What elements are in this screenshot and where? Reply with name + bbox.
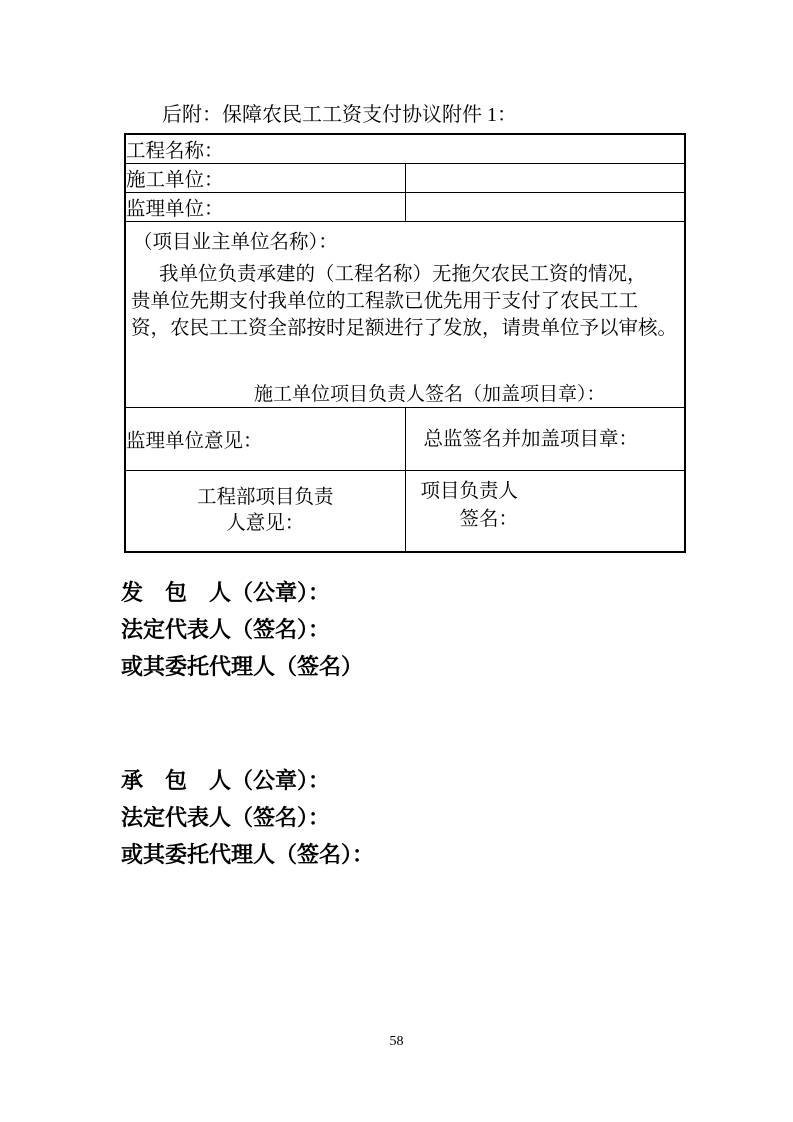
- table-row-builder: 施工单位：: [125, 164, 685, 193]
- wage-payment-confirmation-table: 工程名称： 施工单位： 监理单位： （项目业主单位名称）： 我单位负责承建的（工…: [124, 133, 686, 553]
- project-manager-sign-cell: 项目负责人签名：: [405, 471, 685, 552]
- builder-label-cell: 施工单位：: [125, 164, 405, 193]
- contractor-seal-line: 承 包 人（公章）：: [121, 762, 374, 799]
- document-page: 后附：保障农民工工资支付协议附件 1： 工程名称： 施工单位： 监理单位： （项…: [0, 0, 793, 1122]
- statement-cell: （项目业主单位名称）： 我单位负责承建的（工程名称）无拖欠农民工资的情况， 贵单…: [125, 222, 685, 408]
- employer-agent-line: 或其委托代理人（签名）: [121, 648, 363, 685]
- supervisor-opinion-label-cell: 监理单位意见：: [125, 408, 405, 471]
- employer-signature-block: 发 包 人（公章）： 法定代表人（签名）： 或其委托代理人（签名）: [121, 574, 363, 685]
- table-row-engineering-dept-opinion: 工程部项目负责 人意见： 项目负责人签名：: [125, 471, 685, 552]
- attachment-note: 后附：保障农民工工资支付协议附件 1：: [162, 103, 517, 127]
- owner-unit-label: （项目业主单位名称）：: [133, 226, 338, 254]
- table-row-supervisor: 监理单位：: [125, 193, 685, 222]
- table-row-supervisor-opinion: 监理单位意见： 总监签名并加盖项目章：: [125, 408, 685, 471]
- supervisor-value-cell: [405, 193, 685, 222]
- table-row-project-name: 工程名称：: [125, 134, 685, 164]
- contractor-agent-line: 或其委托代理人（签名）：: [121, 836, 374, 873]
- employer-seal-line: 发 包 人（公章）：: [121, 574, 363, 611]
- supervisor-label-cell: 监理单位：: [125, 193, 405, 222]
- chief-supervisor-sign-cell: 总监签名并加盖项目章：: [405, 408, 685, 471]
- builder-project-leader-sign-label: 施工单位项目负责人签名（加盖项目章）：: [254, 379, 606, 406]
- contractor-legal-representative-line: 法定代表人（签名）：: [121, 799, 374, 836]
- builder-value-cell: [405, 164, 685, 193]
- contractor-signature-block: 承 包 人（公章）： 法定代表人（签名）： 或其委托代理人（签名）：: [121, 762, 374, 873]
- employer-legal-representative-line: 法定代表人（签名）：: [121, 611, 363, 648]
- engineering-dept-opinion-label-cell: 工程部项目负责 人意见：: [125, 471, 405, 552]
- project-name-cell: 工程名称：: [125, 134, 685, 164]
- table-row-statement: （项目业主单位名称）： 我单位负责承建的（工程名称）无拖欠农民工资的情况， 贵单…: [125, 222, 685, 408]
- page-number: 58: [0, 1034, 793, 1050]
- statement-paragraph: 我单位负责承建的（工程名称）无拖欠农民工资的情况， 贵单位先期支付我单位的工程款…: [131, 261, 685, 342]
